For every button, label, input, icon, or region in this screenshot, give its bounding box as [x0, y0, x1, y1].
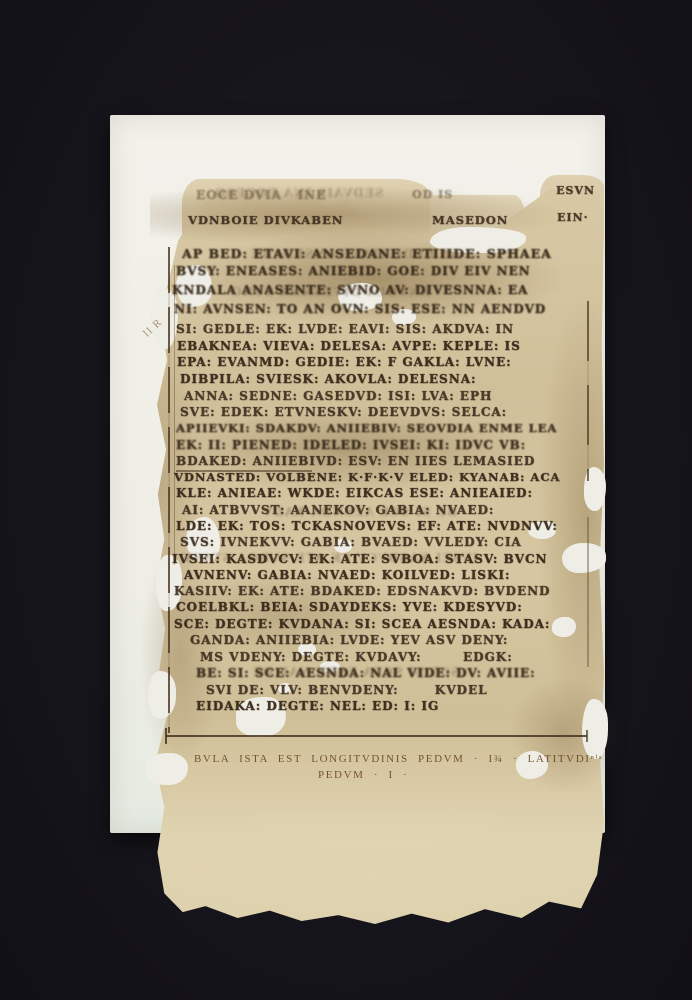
tear-hole	[146, 753, 188, 785]
scale-bar-line	[166, 735, 587, 737]
tear-hole	[552, 617, 576, 637]
manuscript-line: ANNA: SEDNE: GASEDVD: ISI: LVA: EPH	[184, 389, 492, 403]
manuscript-line: GANDA: ANIIEBIA: LVDE: YEV ASV DENY:	[190, 633, 508, 647]
manuscript-line: SCE: DEGTE: KVDANA: SI: SCEA AESNDA: KAD…	[174, 617, 550, 631]
manuscript-line: APIIEVKI: SDAKDV: ANIIEBIV: SEOVDIA ENME…	[176, 421, 557, 435]
bleedthrough-line: IVSEI KASDVCV EK ATE SVBOA STASV	[182, 551, 478, 565]
manuscript-line: AVNENV: GABIA: NVAED: KOILVED: LISKI:	[184, 568, 510, 582]
manuscript-line: DIBPILA: SVIESK: AKOVLA: DELESNA:	[180, 372, 476, 386]
manuscript-line: VDNASTED: VOLBENE: K·F·K·V ELED: KYANAB:…	[174, 470, 560, 484]
bleedthrough-line: AP BEDI ETAVE ANSEDANE	[250, 247, 460, 261]
manuscript-line: MS VDENY: DEGTE: KVDAVY: EDGK:	[200, 650, 513, 664]
photograph-canvas: { "manuscript": { "ink_color": "#38281a"…	[0, 0, 692, 1000]
manuscript-line: BDAKED: ANIIEBIVD: ESV: EN IIES LEMASIED	[176, 454, 535, 468]
manuscript-line: EBAKNEA: VIEVA: DELESA: AVPE: KEPLE: IS	[177, 339, 521, 353]
latin-caption-line2: PEDVM · I ·	[318, 769, 408, 781]
manuscript-line: SI: GEDLE: EK: LVDE: EAVI: SIS: AKDVA: I…	[176, 322, 514, 336]
manuscript-line: KLE: ANIEAE: WKDE: EIKCAS ESE: ANIEAIED:	[176, 486, 533, 500]
bleedthrough-line: SCE SI SCEA ESDV NAL DE	[252, 665, 460, 679]
tear-hole	[562, 543, 606, 573]
tear-hole	[582, 699, 608, 759]
bleedthrough-line: KNVOLA DIVESNNA SVNO	[230, 285, 431, 299]
right-border-line-2	[587, 517, 589, 667]
latin-caption-line1: BVLA ISTA EST LONGITVDINIS PEDVM · I¾ · …	[194, 752, 603, 765]
bleedthrough-line: SEDVAIS INA EOCESO	[214, 186, 384, 200]
manuscript-line: NI: AVNSEN: TO AN OVN: SIS: ESE: NN AEND…	[174, 302, 546, 316]
left-border-line	[168, 247, 170, 733]
manuscript-line: SVE: EDEK: ETVNESKV: DEEVDVS: SELCA:	[180, 405, 507, 419]
scale-bar-right-tick	[586, 730, 588, 742]
manuscript-line: OD IS	[412, 188, 453, 201]
manuscript-line: KASIIV: EK: ATE: BDAKED: EDSNAKVD: BVDEN…	[174, 584, 550, 598]
manuscript-line: EIN·	[557, 211, 588, 224]
manuscript-line: SVI DE: VLV: BENVDENY: KVDEL	[206, 683, 488, 697]
manuscript-line: VDNBOIE DIVKABEN	[188, 213, 343, 227]
manuscript-line: BVSY: ENEASES: ANIEBID: GOE: DIV EIV NEN	[176, 264, 531, 278]
right-border-line	[587, 301, 589, 481]
bleedthrough-line: BE SI SCE AESNDA KADV	[262, 505, 457, 519]
tear-hole	[148, 671, 176, 719]
manuscript-line: EK: II: PIENED: IDELED: IVSEI: KI: IDVC …	[176, 438, 526, 452]
manuscript-line: EPA: EVANMD: GEDIE: EK: F GAKLA: LVNE:	[177, 355, 512, 369]
manuscript-line: EIDAKA: DEGTE: NEL: ED: I: IG	[196, 699, 439, 713]
manuscript-line: LDE: EK: TOS: TCKASNOVEVS: EF: ATE: NVDN…	[176, 519, 558, 533]
manuscript-line: ESVN	[556, 184, 595, 197]
manuscript-line: COELBKL: BEIA: SDAYDEKS: YVE: KDESYVD:	[176, 600, 523, 614]
manuscript-line: MASEDON	[432, 213, 508, 227]
manuscript-line: SVS: IVNEKVV: GABIA: BVAED: VVLEDY: CIA	[180, 535, 522, 549]
